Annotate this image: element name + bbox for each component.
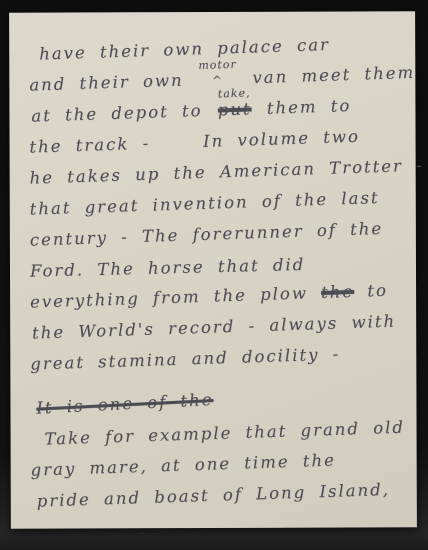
photo-background: have their own palace carand their own m… <box>0 0 428 550</box>
struck-out-word: put <box>218 104 252 115</box>
manuscript-text: have their own palace carand their own m… <box>9 11 417 528</box>
handwritten-text: at the depot to <box>31 101 216 126</box>
inserted-word: motor <box>198 60 237 71</box>
handwritten-text: great stamina and docility - <box>30 344 341 373</box>
handwritten-text: to <box>354 281 388 301</box>
struck-out-text: It is one of the <box>36 390 214 418</box>
manuscript-page: have their own palace carand their own m… <box>9 11 417 528</box>
replacement-word: take, <box>217 88 251 99</box>
struck-out-text: the <box>321 282 355 302</box>
caret-mark: ^ <box>199 76 238 85</box>
handwritten-text: have their own palace car <box>39 35 330 64</box>
handwritten-text: Ford. The horse that did <box>30 255 306 281</box>
handwritten-text: them to <box>253 96 351 118</box>
handwritten-text: van meet them <box>239 63 416 88</box>
inserted-word-mark: motor^ <box>198 66 237 85</box>
handwritten-text: everything from the plow <box>30 283 322 312</box>
handwritten-text: gray mare, at one time the <box>30 451 336 480</box>
handwritten-text: the track - In volume two <box>29 127 360 157</box>
handwritten-text: pride and boast of Long Island, <box>36 480 390 511</box>
handwritten-text: century - The forerunner of the <box>29 219 383 250</box>
replacement-mark: take,put <box>217 94 251 115</box>
handwritten-text: and their own <box>29 70 197 95</box>
